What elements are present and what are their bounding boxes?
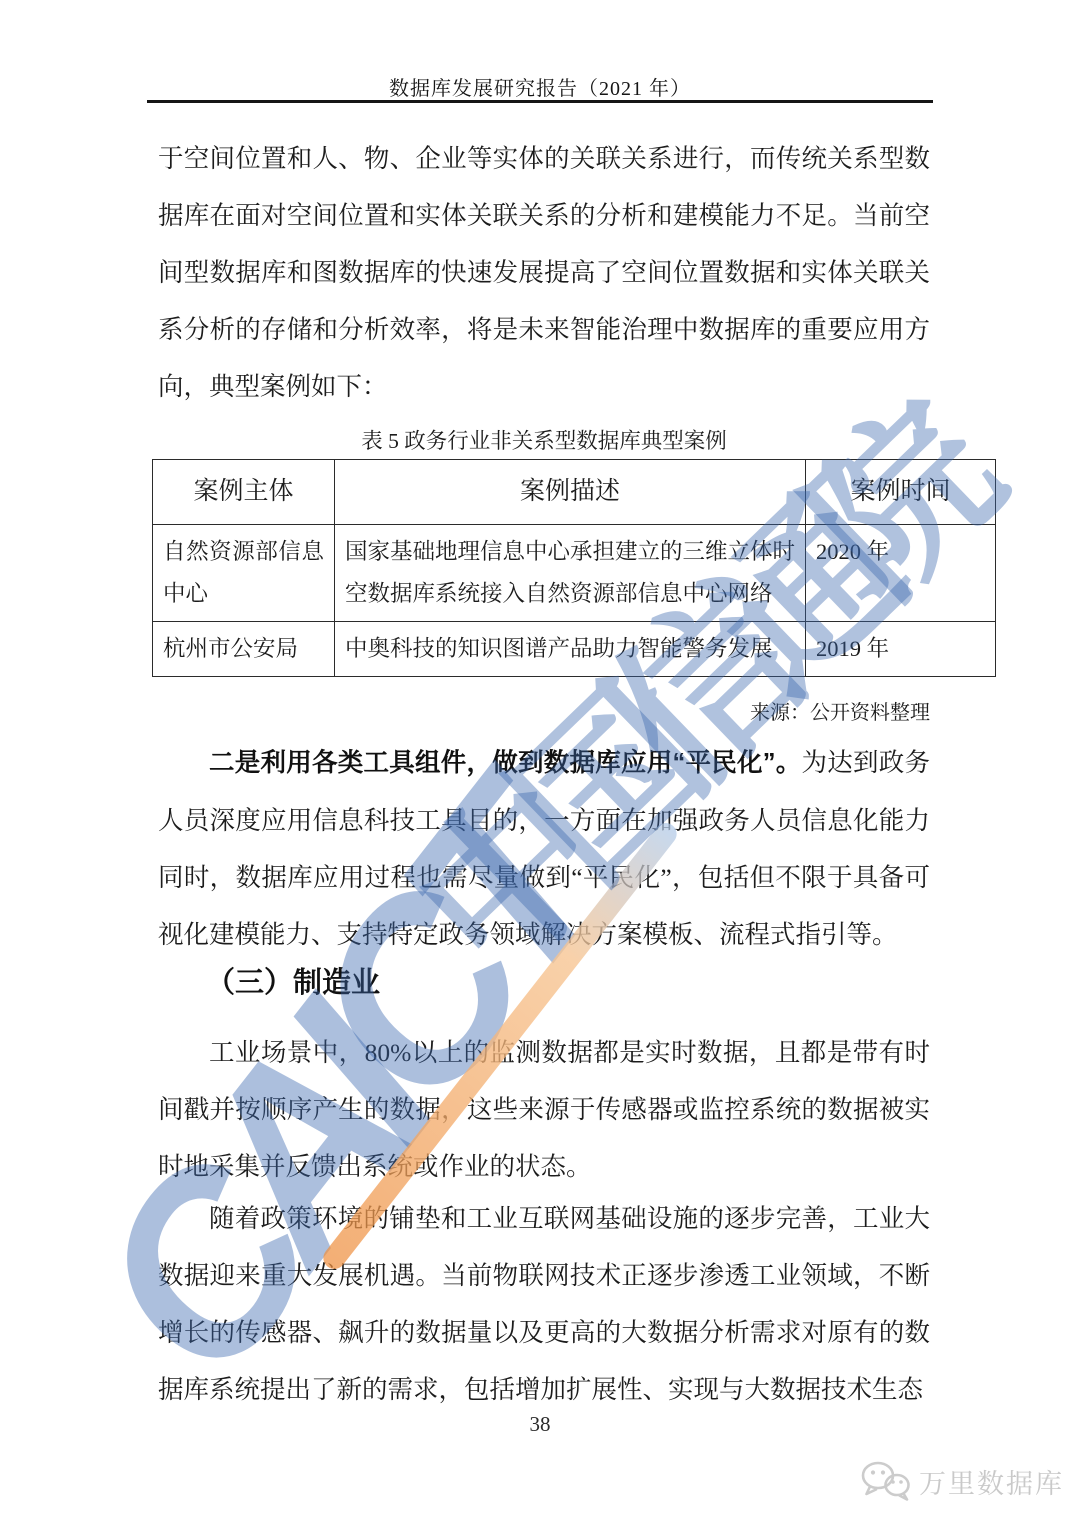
table-header-description: 案例描述	[335, 460, 806, 525]
cell-time: 2019 年	[806, 622, 996, 677]
table-row: 杭州市公安局 中奥科技的知识图谱产品助力智能警务发展 2019 年	[153, 622, 996, 677]
table-caption: 表 5 政务行业非关系型数据库典型案例	[158, 424, 930, 455]
header-divider	[147, 100, 933, 103]
paragraph-tools: 二是利用各类工具组件，做到数据库应用“平民化”。为达到政务人员深度应用信息科技工…	[158, 734, 930, 963]
footer-logo: 万里数据库	[859, 1460, 1064, 1502]
cell-description: 国家基础地理信息中心承担建立的三维立体时空数据库系统接入自然资源部信息中心网络	[335, 525, 806, 622]
case-table: 案例主体 案例描述 案例时间 自然资源部信息中心 国家基础地理信息中心承担建立的…	[152, 459, 996, 677]
paragraph-industry-data: 工业场景中，80%以上的监测数据都是实时数据，且都是带有时间戳并按顺序产生的数据…	[158, 1024, 930, 1195]
table-header-time: 案例时间	[806, 460, 996, 525]
footer-logo-text: 万里数据库	[919, 1462, 1064, 1501]
table-row: 自然资源部信息中心 国家基础地理信息中心承担建立的三维立体时空数据库系统接入自然…	[153, 525, 996, 622]
cell-description: 中奥科技的知识图谱产品助力智能警务发展	[335, 622, 806, 677]
cell-subject: 自然资源部信息中心	[153, 525, 335, 622]
table-header-subject: 案例主体	[153, 460, 335, 525]
wechat-icon	[859, 1460, 913, 1502]
paragraph-industry-trend: 随着政策环境的铺垫和工业互联网基础设施的逐步完善，工业大数据迎来重大发展机遇。当…	[158, 1190, 930, 1418]
document-header-title: 数据库发展研究报告（2021 年）	[0, 72, 1080, 101]
paragraph-body-text: 为达到政务人员深度应用信息科技工具目的，一方面在加强政务人员信息化能力同时，数据…	[158, 748, 930, 949]
table-header-row: 案例主体 案例描述 案例时间	[153, 460, 996, 525]
cell-subject: 杭州市公安局	[153, 622, 335, 677]
paragraph-bold-lead: 二是利用各类工具组件，做到数据库应用“平民化”。	[209, 749, 801, 777]
page-number: 38	[0, 1412, 1080, 1437]
section-heading-manufacturing: （三）制造业	[206, 960, 380, 1001]
table-source-note: 来源：公开资料整理	[750, 696, 930, 725]
report-page: 数据库发展研究报告（2021 年） 于空间位置和人、物、企业等实体的关联关系进行…	[0, 0, 1080, 1528]
paragraph-intro: 于空间位置和人、物、企业等实体的关联关系进行，而传统关系型数据库在面对空间位置和…	[158, 130, 930, 415]
cell-time: 2020 年	[806, 525, 996, 622]
